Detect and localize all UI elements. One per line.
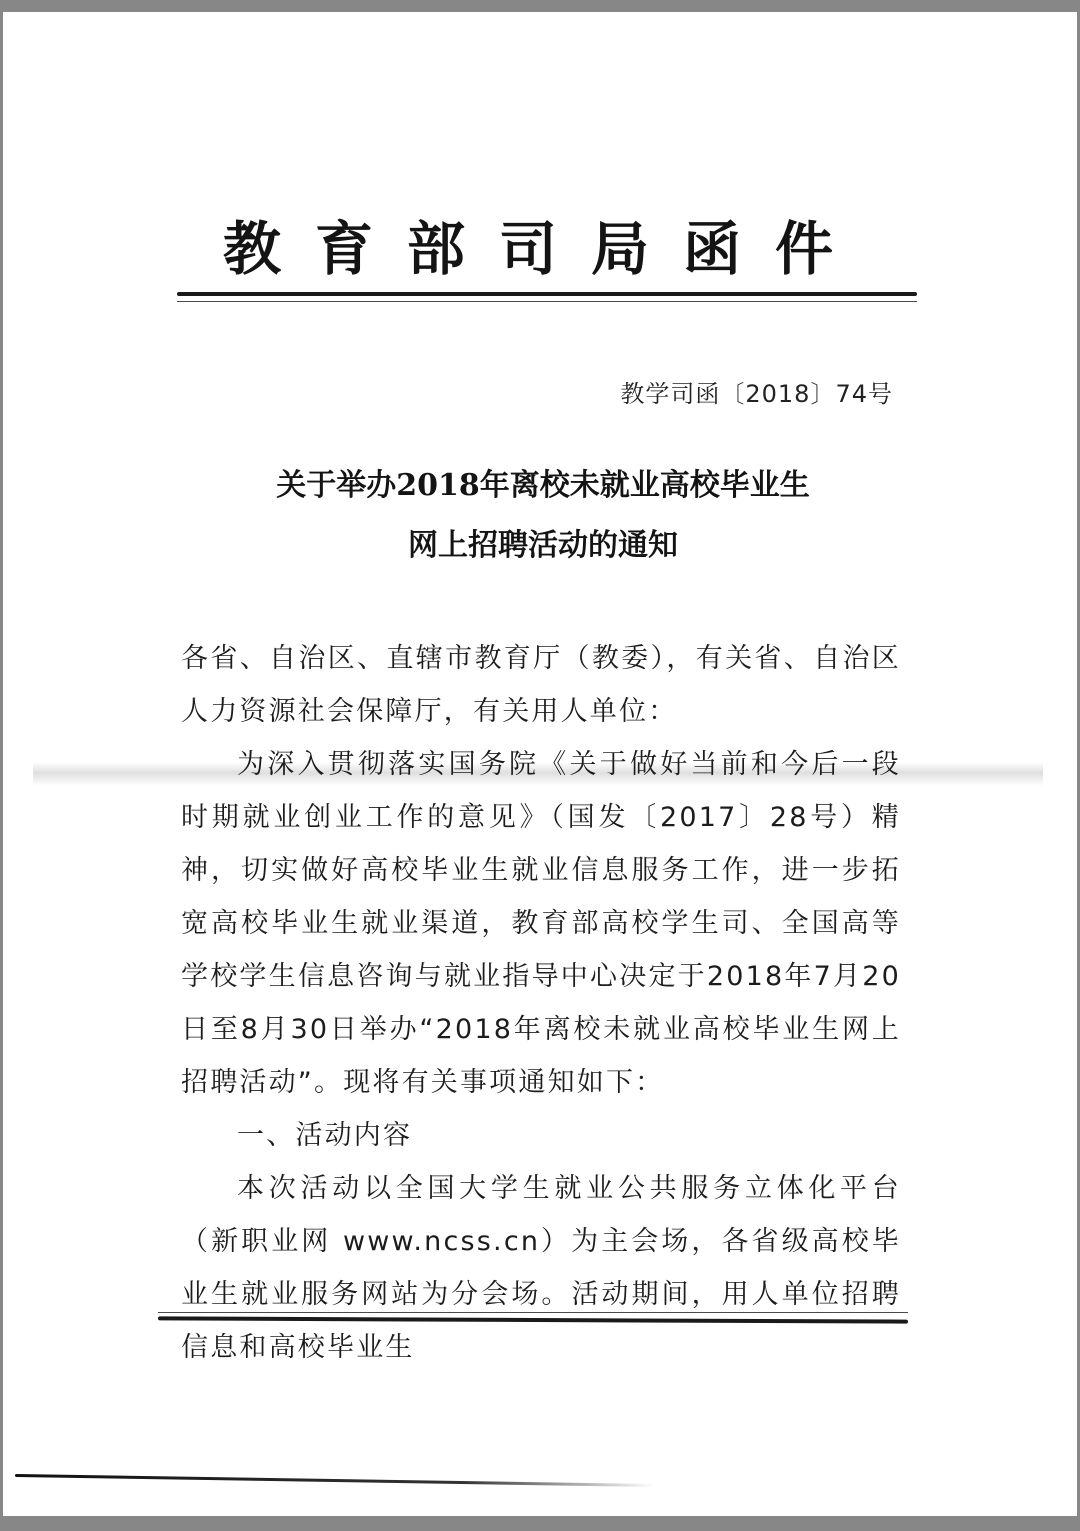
document-page: 教育部司局函件 教学司函〔2018〕74号 关于举办2018年离校未就业高校毕业…: [3, 12, 1077, 1516]
intro-paragraph: 为深入贯彻落实国务院《关于做好当前和今后一段时期就业创业工作的意见》（国发〔20…: [181, 738, 901, 1109]
scan-edge-line: [15, 1474, 655, 1487]
letterhead-title: 教育部司局函件: [223, 202, 883, 286]
document-number: 教学司函〔2018〕74号: [620, 374, 893, 409]
section-heading: 一、活动内容: [181, 1109, 901, 1162]
salutation: 各省、自治区、直辖市教育厅（教委），有关省、自治区人力资源社会保障厅，有关用人单…: [181, 632, 901, 738]
document-body: 各省、自治区、直辖市教育厅（教委），有关省、自治区人力资源社会保障厅，有关用人单…: [181, 632, 901, 1374]
section-paragraph: 本次活动以全国大学生就业公共服务立体化平台（新职业网 www.ncss.cn）为…: [181, 1162, 901, 1374]
letterhead-rule-thick: [177, 292, 917, 296]
footer-rule-thin: [158, 1312, 908, 1313]
document-title-line-1: 关于举办2018年离校未就业高校毕业生: [163, 460, 923, 512]
document-title-line-2: 网上招聘活动的通知: [163, 520, 923, 572]
letterhead-rule-thin: [177, 301, 917, 302]
